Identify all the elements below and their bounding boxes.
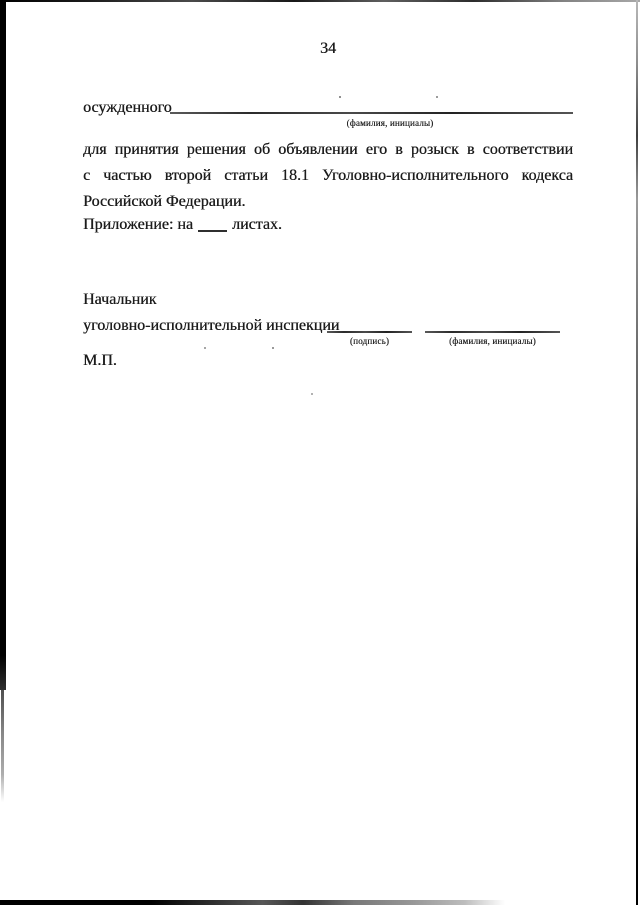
- scan-speck: [272, 347, 274, 349]
- attachment-prefix: Приложение: на: [83, 216, 193, 233]
- scan-speck: [436, 96, 438, 98]
- scan-edge-bottom: [0, 900, 505, 905]
- scan-edge-top: [0, 0, 640, 2]
- paragraph-line-1: для принятия решения об объявлении его в…: [83, 137, 573, 163]
- name-caption: (фамилия, инициалы): [425, 336, 560, 347]
- seal-mark: М.П.: [83, 351, 117, 371]
- convict-label: осужденного: [83, 98, 172, 118]
- sheets-count-blank-line: [198, 220, 227, 232]
- page-number: 34: [83, 39, 573, 59]
- body-paragraph: для принятия решения об объявлении его в…: [83, 137, 573, 215]
- convict-name-caption: (фамилия, инициалы): [190, 118, 590, 129]
- attachment-suffix: листах.: [232, 216, 282, 233]
- attachment-line: Приложение: налистах.: [83, 215, 282, 235]
- scanned-document-page: 34 осужденного (фамилия, инициалы) для п…: [0, 0, 640, 905]
- scan-speck: [339, 96, 341, 98]
- convict-name-blank-line: [170, 112, 573, 114]
- paragraph-line-2: с частью второй статьи 18.1 Уголовно-исп…: [83, 163, 573, 189]
- signature-caption: (подпись): [327, 336, 412, 347]
- scan-speck: [311, 393, 313, 395]
- scan-speck: [204, 347, 206, 349]
- signer-title-line-1: Начальник: [83, 290, 156, 310]
- scan-edge-left-fade: [1, 690, 4, 802]
- scan-edge-right: [636, 0, 638, 905]
- signer-title-line-2: уголовно-исполнительной инспекции: [83, 316, 339, 336]
- signature-blank-line: [327, 331, 412, 333]
- name-blank-line: [425, 331, 560, 333]
- scan-edge-left-bar: [0, 0, 6, 690]
- paragraph-line-3: Российской Федерации.: [83, 189, 573, 215]
